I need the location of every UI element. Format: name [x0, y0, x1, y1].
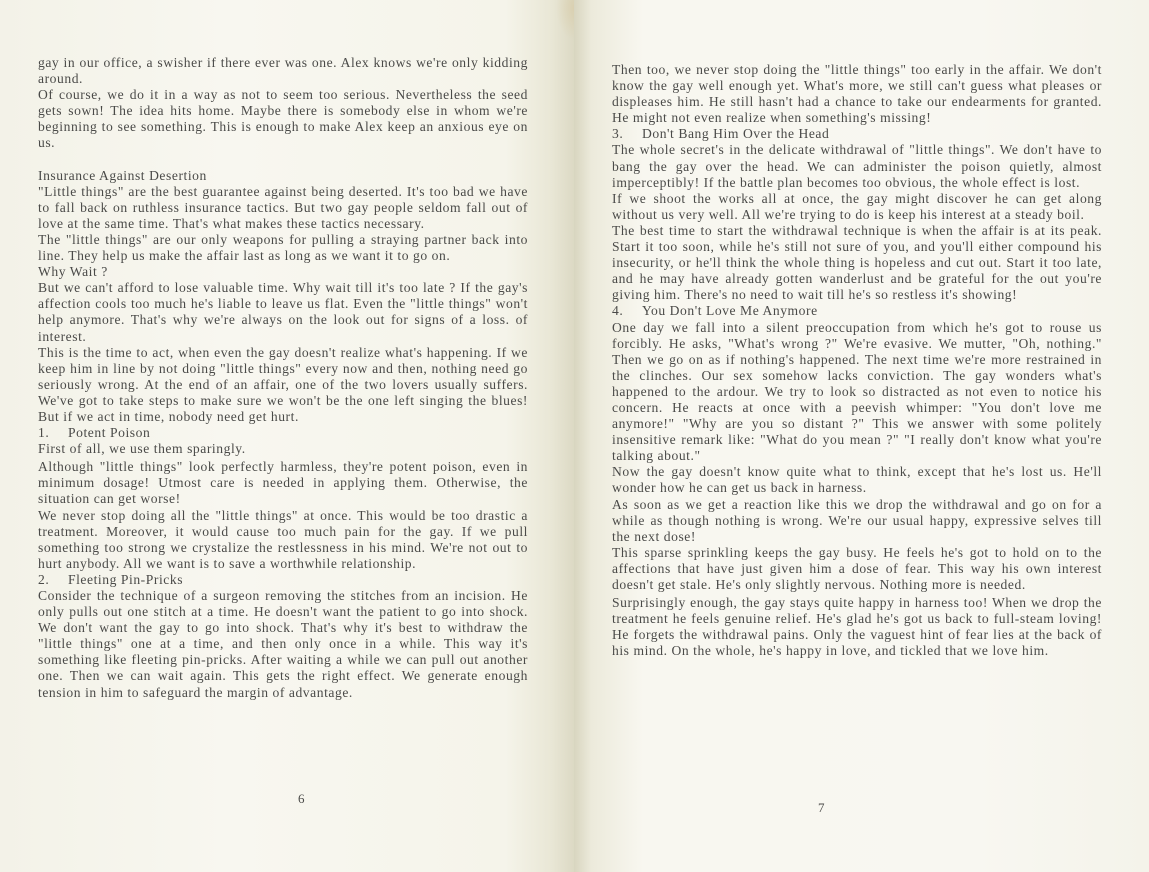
right-page-text: Then too, we never stop doing the "littl… [612, 62, 1102, 659]
book-spread: gay in our office, a swisher if there ev… [0, 0, 1149, 872]
paragraph: One day we fall into a silent preoccupat… [612, 320, 1102, 465]
page-number: 6 [298, 791, 305, 807]
paragraph: Consider the technique of a surgeon remo… [38, 588, 528, 701]
paragraph: If we shoot the works all at once, the g… [612, 191, 1102, 223]
paragraph: The best time to start the withdrawal te… [612, 223, 1102, 303]
point-number: 4. [612, 303, 642, 319]
paragraph: gay in our office, a swisher if there ev… [38, 55, 528, 87]
paragraph: Then too, we never stop doing the "littl… [612, 62, 1102, 126]
page-right: Then too, we never stop doing the "littl… [574, 0, 1149, 872]
left-page-text: gay in our office, a swisher if there ev… [38, 55, 528, 701]
page-left: gay in our office, a swisher if there ev… [0, 0, 574, 872]
point-title: Fleeting Pin-Pricks [68, 572, 183, 587]
point-title: Don't Bang Him Over the Head [642, 126, 829, 141]
point-title: You Don't Love Me Anymore [642, 303, 818, 318]
paragraph: We never stop doing all the "little thin… [38, 508, 528, 572]
subheading-why-wait: Why Wait ? [38, 264, 528, 280]
paragraph: This sparse sprinkling keeps the gay bus… [612, 545, 1102, 593]
paragraph: This is the time to act, when even the g… [38, 345, 528, 425]
paragraph: Surprisingly enough, the gay stays quite… [612, 595, 1102, 659]
paragraph: But we can't afford to lose valuable tim… [38, 280, 528, 344]
point-heading-2: 2.Fleeting Pin-Pricks [38, 572, 528, 588]
paragraph: Of course, we do it in a way as not to s… [38, 87, 528, 151]
point-number: 2. [38, 572, 68, 588]
section-heading: Insurance Against Desertion [38, 168, 528, 184]
point-heading-4: 4.You Don't Love Me Anymore [612, 303, 1102, 319]
paragraph: First of all, we use them sparingly. [38, 441, 528, 457]
point-number: 1. [38, 425, 68, 441]
point-title: Potent Poison [68, 425, 150, 440]
page-number: 7 [818, 800, 825, 816]
paragraph: "Little things" are the best guarantee a… [38, 184, 528, 232]
paragraph: The "little things" are our only weapons… [38, 232, 528, 264]
paragraph: Now the gay doesn't know quite what to t… [612, 464, 1102, 496]
point-heading-1: 1.Potent Poison [38, 425, 528, 441]
paragraph: Although "little things" look perfectly … [38, 459, 528, 507]
point-number: 3. [612, 126, 642, 142]
paragraph: As soon as we get a reaction like this w… [612, 497, 1102, 545]
point-heading-3: 3.Don't Bang Him Over the Head [612, 126, 1102, 142]
paragraph: The whole secret's in the delicate withd… [612, 142, 1102, 190]
